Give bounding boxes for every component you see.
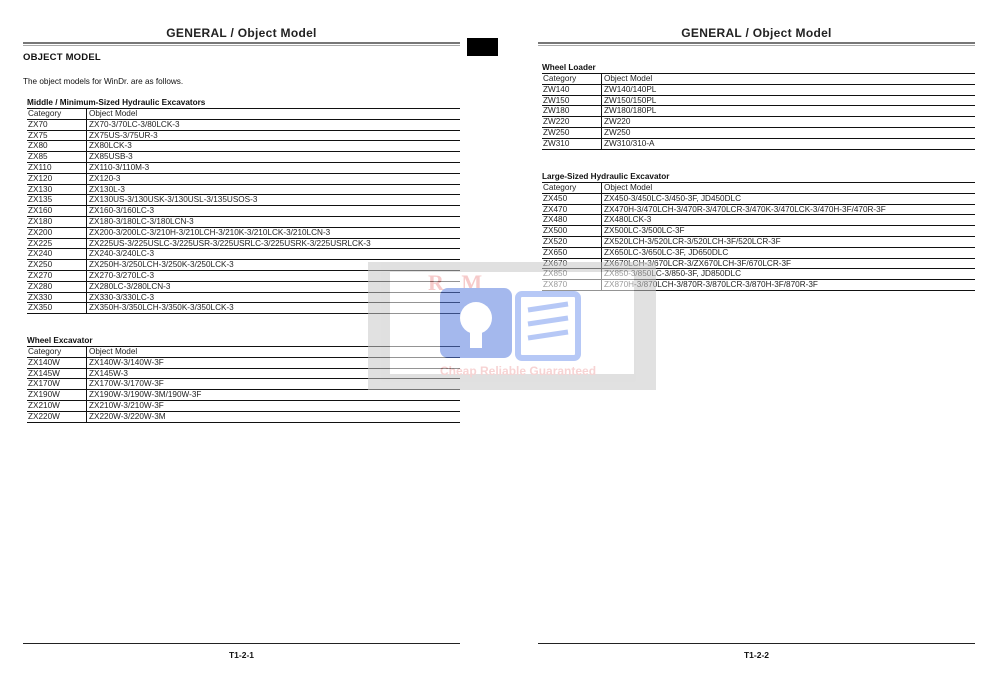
object-model-cell: ZW180/180PL: [602, 106, 976, 117]
category-cell: ZX480: [542, 215, 602, 226]
object-model-cell: ZX220W-3/220W-3M: [87, 411, 461, 422]
category-cell: ZX200: [27, 227, 87, 238]
category-cell: ZW180: [542, 106, 602, 117]
object-model-cell: ZX850-3/850LC-3/850-3F, JD850DLC: [602, 269, 976, 280]
section-tab-marker: [467, 38, 498, 56]
object-model-cell: ZX180-3/180LC-3/180LCN-3: [87, 216, 461, 227]
table-row: ZX450ZX450-3/450LC-3/450-3F, JD450DLC: [542, 193, 975, 204]
object-model-cell: ZX240-3/240LC-3: [87, 249, 461, 260]
category-cell: Category: [542, 183, 602, 194]
category-cell: ZW310: [542, 138, 602, 149]
category-cell: ZX225: [27, 238, 87, 249]
object-model-cell: ZX210W-3/210W-3F: [87, 400, 461, 411]
object-model-cell: ZX80LCK-3: [87, 141, 461, 152]
category-cell: ZX330: [27, 292, 87, 303]
table-title: Wheel Loader: [542, 62, 975, 73]
category-cell: ZX280: [27, 281, 87, 292]
object-model-cell: ZX160-3/160LC-3: [87, 206, 461, 217]
table-row: ZX130ZX130L-3: [27, 184, 460, 195]
table-row: ZX225ZX225US-3/225USLC-3/225USR-3/225USR…: [27, 238, 460, 249]
object-model-cell: ZX520LCH-3/520LCR-3/520LCH-3F/520LCR-3F: [602, 236, 976, 247]
footer-rule: [23, 643, 460, 644]
object-model-cell: ZX870H-3/870LCH-3/870R-3/870LCR-3/870H-3…: [602, 280, 976, 291]
category-cell: ZX140W: [27, 357, 87, 368]
category-cell: ZX470: [542, 204, 602, 215]
footer-rule: [538, 643, 975, 644]
category-cell: ZX650: [542, 247, 602, 258]
category-cell: Category: [27, 347, 87, 358]
table-title: Middle / Minimum-Sized Hydraulic Excavat…: [27, 97, 460, 108]
object-model-cell: ZW250: [602, 127, 976, 138]
object-model-cell: ZX130L-3: [87, 184, 461, 195]
table-row: ZX80ZX80LCK-3: [27, 141, 460, 152]
category-cell: ZX85: [27, 152, 87, 163]
object-model-cell: Object Model: [602, 74, 976, 85]
object-model-cell: ZW140/140PL: [602, 84, 976, 95]
category-cell: ZX80: [27, 141, 87, 152]
table-header-row: CategoryObject Model: [542, 74, 975, 85]
table-title: Large-Sized Hydraulic Excavator: [542, 171, 975, 182]
category-cell: ZW140: [542, 84, 602, 95]
table-row: ZX135ZX130US-3/130USK-3/130USL-3/135USOS…: [27, 195, 460, 206]
table-row: ZX120ZX120-3: [27, 173, 460, 184]
category-cell: ZX135: [27, 195, 87, 206]
category-cell: ZX180: [27, 216, 87, 227]
object-model-cell: ZX670LCH-3/670LCR-3/ZX670LCH-3F/670LCR-3…: [602, 258, 976, 269]
table-row: ZX480ZX480LCK-3: [542, 215, 975, 226]
category-cell: ZX240: [27, 249, 87, 260]
category-cell: ZW250: [542, 127, 602, 138]
category-cell: ZX250: [27, 260, 87, 271]
category-cell: ZX160: [27, 206, 87, 217]
category-cell: ZX210W: [27, 400, 87, 411]
category-cell: ZX220W: [27, 411, 87, 422]
page-header-title: GENERAL / Object Model: [538, 26, 975, 40]
page-header-title: GENERAL / Object Model: [23, 26, 460, 40]
category-cell: ZX110: [27, 162, 87, 173]
object-model-cell: ZX500LC-3/500LC-3F: [602, 226, 976, 237]
object-model-cell: ZX225US-3/225USLC-3/225USR-3/225USRLC-3/…: [87, 238, 461, 249]
category-cell: ZX270: [27, 270, 87, 281]
object-model-cell: ZX450-3/450LC-3/450-3F, JD450DLC: [602, 193, 976, 204]
table-row: ZX110ZX110-3/110M-3: [27, 162, 460, 173]
table-row: ZX200ZX200-3/200LC-3/210H-3/210LCH-3/210…: [27, 227, 460, 238]
object-model-cell: ZW150/150PL: [602, 95, 976, 106]
table-row: ZW140ZW140/140PL: [542, 84, 975, 95]
table-row: ZX85ZX85USB-3: [27, 152, 460, 163]
category-cell: ZW220: [542, 117, 602, 128]
object-model-cell: ZX650LC-3/650LC-3F, JD650DLC: [602, 247, 976, 258]
table-row: ZX520ZX520LCH-3/520LCR-3/520LCH-3F/520LC…: [542, 236, 975, 247]
table-row: ZX210WZX210W-3/210W-3F: [27, 400, 460, 411]
table-row: ZX190WZX190W-3/190W-3M/190W-3F: [27, 390, 460, 401]
page-number: T1-2-1: [23, 650, 460, 660]
category-cell: ZX500: [542, 226, 602, 237]
object-model-cell: Object Model: [87, 109, 461, 120]
table-row: ZX470ZX470H-3/470LCH-3/470R-3/470LCR-3/4…: [542, 204, 975, 215]
table-row: ZW220ZW220: [542, 117, 975, 128]
table-row: ZX70ZX70-3/70LC-3/80LCK-3: [27, 119, 460, 130]
table-row: ZW150ZW150/150PL: [542, 95, 975, 106]
table-wheel-loader: Wheel Loader CategoryObject ModelZW140ZW…: [542, 62, 975, 150]
category-cell: Category: [27, 109, 87, 120]
category-cell: ZX190W: [27, 390, 87, 401]
watermark: R M Cheap Reliable Guaranteed: [368, 262, 656, 390]
object-model-cell: ZX70-3/70LC-3/80LCK-3: [87, 119, 461, 130]
table-row: ZW310ZW310/310-A: [542, 138, 975, 149]
object-model-cell: ZX85USB-3: [87, 152, 461, 163]
category-cell: ZX75: [27, 130, 87, 141]
model-table: CategoryObject ModelZW140ZW140/140PLZW15…: [542, 73, 975, 150]
wrench-document-logo-icon: [440, 284, 590, 362]
category-cell: ZX520: [542, 236, 602, 247]
object-model-cell: ZW220: [602, 117, 976, 128]
category-cell: ZX170W: [27, 379, 87, 390]
category-cell: ZW150: [542, 95, 602, 106]
table-row: ZW180ZW180/180PL: [542, 106, 975, 117]
table-row: ZX500ZX500LC-3/500LC-3F: [542, 226, 975, 237]
category-cell: ZX350: [27, 303, 87, 314]
header-rule: [23, 42, 460, 46]
object-model-cell: Object Model: [602, 183, 976, 194]
table-row: ZX75ZX75US-3/75UR-3: [27, 130, 460, 141]
watermark-slogan: Cheap Reliable Guaranteed: [440, 364, 596, 378]
object-model-cell: ZX480LCK-3: [602, 215, 976, 226]
category-cell: ZX450: [542, 193, 602, 204]
category-cell: ZX70: [27, 119, 87, 130]
object-model-cell: ZW310/310-A: [602, 138, 976, 149]
intro-text: The object models for WinDr. are as foll…: [23, 77, 183, 86]
table-row: ZX240ZX240-3/240LC-3: [27, 249, 460, 260]
object-model-cell: ZX110-3/110M-3: [87, 162, 461, 173]
table-row: ZX180ZX180-3/180LC-3/180LCN-3: [27, 216, 460, 227]
category-cell: ZX145W: [27, 368, 87, 379]
category-cell: ZX130: [27, 184, 87, 195]
object-model-cell: ZX75US-3/75UR-3: [87, 130, 461, 141]
object-model-cell: ZX200-3/200LC-3/210H-3/210LCH-3/210K-3/2…: [87, 227, 461, 238]
object-model-cell: ZX120-3: [87, 173, 461, 184]
object-model-cell: ZX190W-3/190W-3M/190W-3F: [87, 390, 461, 401]
table-row: ZX650ZX650LC-3/650LC-3F, JD650DLC: [542, 247, 975, 258]
category-cell: ZX120: [27, 173, 87, 184]
table-row: ZW250ZW250: [542, 127, 975, 138]
object-model-cell: ZX130US-3/130USK-3/130USL-3/135USOS-3: [87, 195, 461, 206]
table-header-row: CategoryObject Model: [27, 109, 460, 120]
category-cell: Category: [542, 74, 602, 85]
section-heading: OBJECT MODEL: [23, 52, 101, 63]
table-row: ZX160ZX160-3/160LC-3: [27, 206, 460, 217]
header-rule: [538, 42, 975, 46]
table-row: ZX220WZX220W-3/220W-3M: [27, 411, 460, 422]
table-header-row: CategoryObject Model: [542, 183, 975, 194]
object-model-cell: ZX470H-3/470LCH-3/470R-3/470LCR-3/470K-3…: [602, 204, 976, 215]
page-number: T1-2-2: [538, 650, 975, 660]
